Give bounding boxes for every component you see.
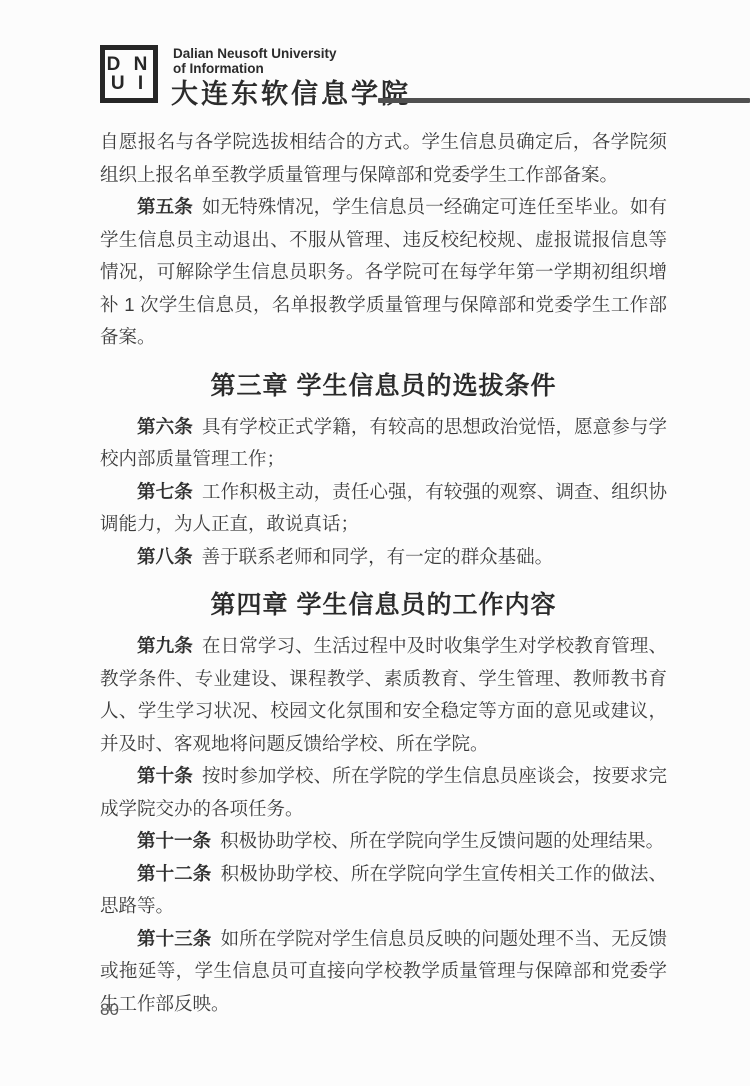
article-paragraph: 第八条 善于联系老师和同学，有一定的群众基础。 — [100, 541, 667, 574]
article-paragraph: 第十一条 积极协助学校、所在学院向学生反馈问题的处理结果。 — [100, 825, 667, 858]
logo-letters-row1: D N — [107, 55, 152, 74]
logo-letters-row2: U I — [111, 74, 147, 93]
article-paragraph: 第五条 如无特殊情况，学生信息员一经确定可连任至毕业。如有学生信息员主动退出、不… — [100, 191, 667, 354]
article-number-label: 第六条 — [137, 416, 197, 437]
article-paragraph: 第七条 工作积极主动，责任心强，有较强的观察、调查、组织协调能力，为人正直，敢说… — [100, 476, 667, 541]
article-number-label: 第八条 — [137, 546, 197, 567]
article-number-label: 第九条 — [137, 635, 197, 656]
dnui-logo: D N U I — [100, 45, 158, 103]
university-name-english-line1: Dalian Neusoft University — [173, 46, 337, 61]
article-paragraph: 第六条 具有学校正式学籍，有较高的思想政治觉悟，愿意参与学校内部质量管理工作； — [100, 411, 667, 476]
university-name-chinese: 大连东软信息学院 — [171, 72, 411, 111]
article-number-label: 第十二条 — [137, 863, 215, 884]
document-page: D N U I Dalian Neusoft University of Inf… — [0, 0, 750, 1086]
document-body: 自愿报名与各学院选拔相结合的方式。学生信息员确定后，各学院须组织上报名单至教学质… — [100, 126, 667, 1020]
page-number: 80 — [100, 1000, 119, 1020]
article-paragraph: 第十二条 积极协助学校、所在学院向学生宣传相关工作的做法、思路等。 — [100, 858, 667, 923]
article-number-label: 第十三条 — [137, 928, 215, 949]
article-paragraph: 第九条 在日常学习、生活过程中及时收集学生对学校教育管理、教学条件、专业建设、课… — [100, 630, 667, 760]
article-number-label: 第七条 — [137, 481, 197, 502]
article-paragraph: 第十条 按时参加学校、所在学院的学生信息员座谈会，按要求完成学院交办的各项任务。 — [100, 760, 667, 825]
header-rule — [378, 98, 750, 103]
article-number-label: 第十条 — [137, 765, 197, 786]
article-paragraph: 第十三条 如所在学院对学生信息员反映的问题处理不当、无反馈或拖延等，学生信息员可… — [100, 923, 667, 1021]
chapter-heading: 第三章 学生信息员的选拔条件 — [100, 368, 667, 404]
article-number-label: 第十一条 — [137, 830, 215, 851]
article-number-label: 第五条 — [137, 196, 197, 217]
body-paragraph: 自愿报名与各学院选拔相结合的方式。学生信息员确定后，各学院须组织上报名单至教学质… — [100, 126, 667, 191]
chapter-heading: 第四章 学生信息员的工作内容 — [100, 587, 667, 623]
